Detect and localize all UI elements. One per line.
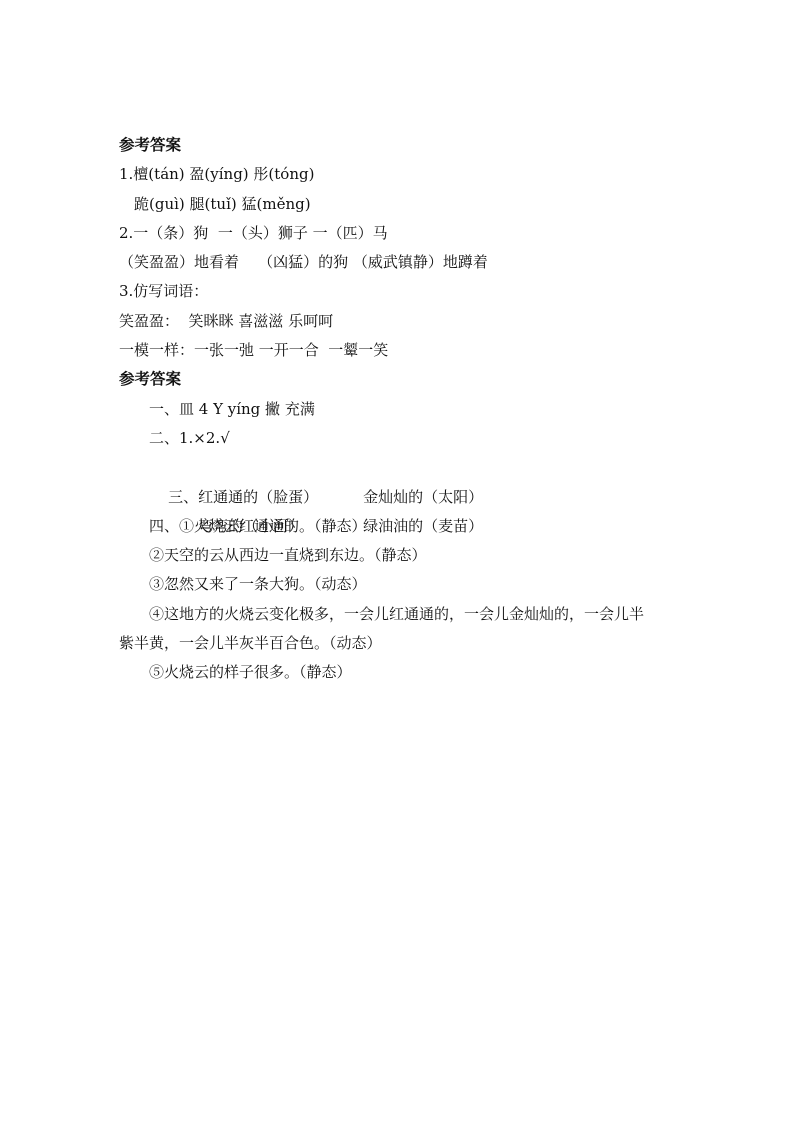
q1-line1: 1.檀(tán) 盈(yíng) 彤(tóng) [119, 160, 679, 189]
q3-title: 3.仿写词语： [119, 277, 679, 306]
part3-row2-b: 绿油油的（麦苗） [363, 517, 483, 535]
part3-row1-b: 金灿灿的（太阳） [363, 488, 483, 506]
part4-item3: ③忽然又来了一条大狗。（动态） [119, 570, 679, 599]
q2-line1: 2.一（条）狗 一（头）狮子 一（匹）马 [119, 219, 679, 248]
section2-heading: 参考答案 [119, 365, 679, 394]
part1-line: 一、皿 4 Y yíng 撇 充满 [119, 395, 679, 424]
q3-line1: 笑盈盈： 笑眯眯 喜滋滋 乐呵呵 [119, 307, 679, 336]
q2-line2: （笑盈盈）地看着 （凶猛）的狗 （威武镇静）地蹲着 [119, 248, 679, 277]
q3-line2: 一模一样：一张一弛 一开一合 一颦一笑 [119, 336, 679, 365]
part3-row1: 三、红通通的（脸蛋）金灿灿的（太阳） [119, 453, 679, 482]
q1-line2: 跪(guì) 腿(tuǐ) 猛(měng) [119, 190, 679, 219]
part4-item2: ②天空的云从西边一直烧到东边。（静态） [119, 541, 679, 570]
answer-document: 参考答案 1.檀(tán) 盈(yíng) 彤(tóng) 跪(guì) 腿(t… [119, 131, 679, 688]
section1-heading: 参考答案 [119, 131, 679, 160]
part4-item5: ⑤火烧云的样子很多。（静态） [119, 658, 679, 687]
part2-line: 二、1.×2.√ [119, 424, 679, 453]
part4-item4-line1: ④这地方的火烧云变化极多，一会儿红通通的，一会儿金灿灿的，一会儿半 [119, 600, 679, 629]
part4-item4-line2: 紫半黄，一会儿半灰半百合色。（动态） [119, 629, 679, 658]
part3-row1-a: 三、红通通的（脸蛋） [168, 483, 363, 512]
